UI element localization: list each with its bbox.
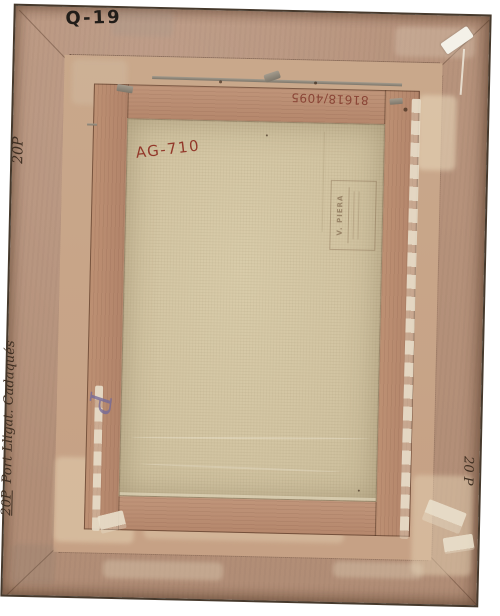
purple-pencil-mark: P bbox=[80, 391, 117, 415]
catalog-number-inscription: AG-710 bbox=[135, 136, 201, 161]
size-mark-left: 20P bbox=[0, 490, 15, 516]
backing-frame: AG-710 V. PIERA Q-19 20P 20PPort Lligat.… bbox=[0, 4, 491, 608]
q19-inscription: Q-19 bbox=[65, 7, 122, 30]
location-inscription: Port Lligat. Cadaqués bbox=[0, 340, 18, 483]
nail bbox=[219, 80, 222, 83]
canvas-back: AG-710 V. PIERA bbox=[119, 118, 386, 502]
nail-hole bbox=[403, 108, 407, 112]
supplier-stamp: V. PIERA bbox=[329, 180, 377, 251]
tape-ghost-patch bbox=[417, 95, 457, 171]
size-mark-bottom-right: 20 P bbox=[460, 456, 476, 486]
left-inscription: 20PPort Lligat. Cadaqués bbox=[0, 340, 18, 516]
nail bbox=[314, 81, 317, 84]
tape-ghost-patch bbox=[333, 561, 423, 579]
speck bbox=[266, 134, 268, 136]
photograph-painting-verso: AG-710 V. PIERA Q-19 20P 20PPort Lligat.… bbox=[0, 0, 500, 616]
metal-key-right bbox=[389, 98, 402, 105]
stamp-rule bbox=[358, 192, 360, 240]
canvas-seam-faint bbox=[322, 132, 325, 232]
canvas-crease bbox=[140, 463, 340, 473]
staple-pin bbox=[87, 123, 97, 125]
speck bbox=[358, 490, 360, 492]
supplier-stamp-text: V. PIERA bbox=[335, 181, 345, 249]
mitre-joint-top-left bbox=[19, 10, 71, 64]
tape-ghost-patch bbox=[103, 560, 223, 581]
size-mark-top-left: 20P bbox=[10, 136, 27, 164]
canvas-crease bbox=[131, 437, 369, 440]
smudge bbox=[11, 544, 56, 585]
stamp-rule bbox=[347, 187, 349, 243]
stamp-rule bbox=[353, 191, 355, 239]
